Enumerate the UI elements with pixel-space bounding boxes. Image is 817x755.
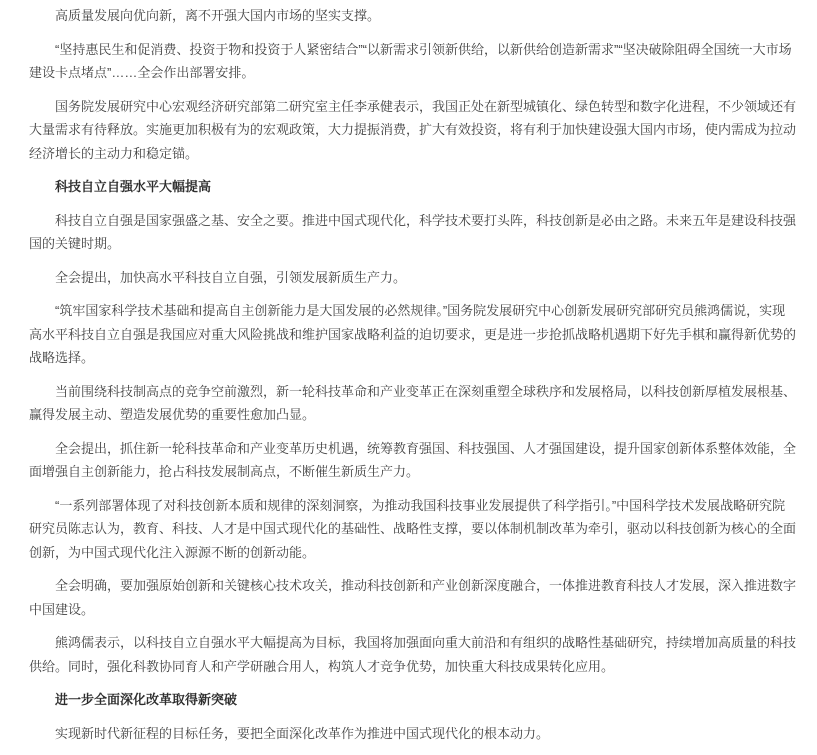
article-page: 高质量发展向优向新，离不开强大国内市场的坚实支撑。 “坚持惠民生和促消费、投资于… <box>0 0 817 755</box>
article-paragraph: 全会提出，加快高水平科技自立自强，引领发展新质生产力。 <box>29 266 796 290</box>
article-paragraph: “一系列部署体现了对科技创新本质和规律的深刻洞察，为推动我国科技事业发展提供了科… <box>29 494 796 565</box>
section-heading-deepening-reform: 进一步全面深化改革取得新突破 <box>29 688 796 712</box>
article-paragraph: 全会明确，要加强原始创新和关键核心技术攻关，推动科技创新和产业创新深度融合，一体… <box>29 574 796 621</box>
article-paragraph: 全会提出，抓住新一轮科技革命和产业变革历史机遇，统筹教育强国、科技强国、人才强国… <box>29 437 796 484</box>
article-paragraph: 科技自立自强是国家强盛之基、安全之要。推进中国式现代化，科学技术要打头阵，科技创… <box>29 209 796 256</box>
article-paragraph: 熊鸿儒表示，以科技自立自强水平大幅提高为目标，我国将加强面向重大前沿和有组织的战… <box>29 631 796 678</box>
article-body: 高质量发展向优向新，离不开强大国内市场的坚实支撑。 “坚持惠民生和促消费、投资于… <box>0 0 817 745</box>
article-paragraph: 高质量发展向优向新，离不开强大国内市场的坚实支撑。 <box>29 4 796 28</box>
article-paragraph: “筑牢国家科学技术基础和提高自主创新能力是大国发展的必然规律。”国务院发展研究中… <box>29 299 796 370</box>
article-paragraph: 实现新时代新征程的目标任务，要把全面深化改革作为推进中国式现代化的根本动力。 <box>29 722 796 746</box>
article-paragraph: “坚持惠民生和促消费、投资于物和投资于人紧密结合”“以新需求引领新供给，以新供给… <box>29 38 796 85</box>
article-paragraph: 国务院发展研究中心宏观经济研究部第二研究室主任李承健表示，我国正处在新型城镇化、… <box>29 95 796 166</box>
section-heading-tech-self-reliance: 科技自立自强水平大幅提高 <box>29 175 796 199</box>
article-paragraph: 当前围绕科技制高点的竞争空前激烈，新一轮科技革命和产业变革正在深刻重塑全球秩序和… <box>29 380 796 427</box>
